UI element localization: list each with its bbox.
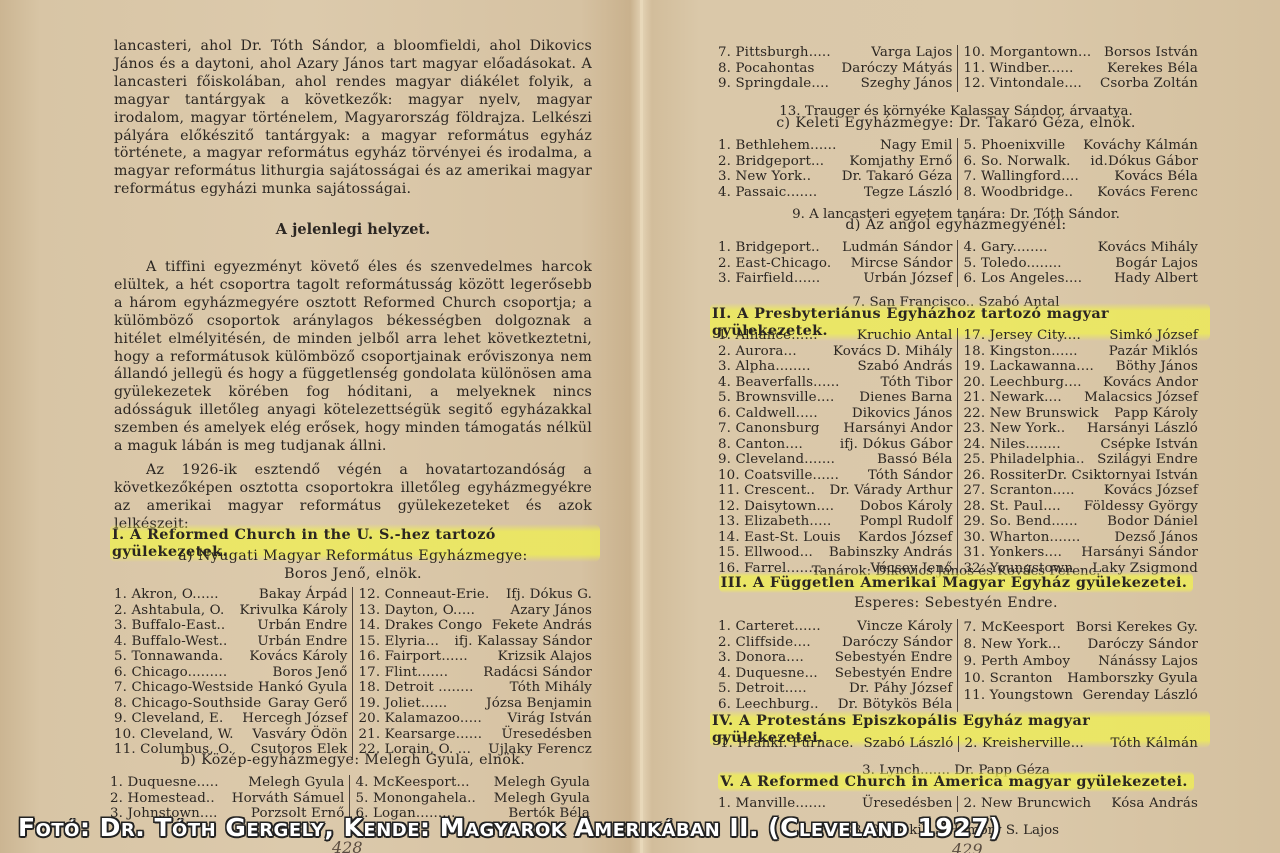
list-column-left: 1. Akron, O......Bakay Árpád2. Ashtabula…: [114, 587, 353, 758]
list-item: 21. Kearsarge......Üresedésben: [359, 727, 593, 743]
section-title: A Reformed Church in America magyar gyül…: [740, 773, 1188, 790]
congregation-list-c: 1. Bethlehem......Nagy Emil2. Bridgeport…: [718, 138, 1198, 200]
congregation-place: 8. Canton....: [718, 437, 803, 453]
list-item: 2. Homestead..Horváth Sámuel: [110, 791, 345, 807]
list-column-right: 12. Conneaut-Erie.Ifj. Dókus G.13. Dayto…: [353, 587, 593, 758]
list-item: 4. Duquesne...Sebestyén Endre: [718, 666, 953, 682]
congregation-place: 18. Detroit ........: [359, 680, 474, 696]
photo-credit-caption: Fotó: Dr. Tóth Gergely, Kende: Magyarok …: [18, 813, 1268, 842]
pastor-name: Malacsics József: [1084, 390, 1198, 406]
pastor-name: Nagy Emil: [880, 138, 952, 154]
list-item: 10. Cleveland, W.Vasváry Ödön: [114, 727, 348, 743]
pastor-name: Daróczy Mátyás: [841, 61, 952, 77]
congregation-place: 24. Niles........: [964, 437, 1061, 453]
list-item: 23. New York..Harsányi László: [964, 421, 1199, 437]
congregation-place: 5. Toledo........: [964, 256, 1062, 272]
pastor-name: Földessy György: [1084, 499, 1198, 515]
congregation-place: 22. New Brunswick: [964, 406, 1099, 422]
book-gutter: [640, 0, 643, 853]
list-item: 19. Joliet......Józsa Benjamin: [359, 696, 593, 712]
list-item: 1. Manville.......Üresedésben: [718, 796, 953, 812]
pastor-name: Melegh Gyula: [248, 775, 344, 791]
list-item: 10. Morgantown...Borsos István: [964, 45, 1199, 61]
pastor-name: Urbán Endre: [257, 634, 347, 650]
list-item: 17. Flint.......Radácsi Sándor: [359, 665, 593, 681]
pastor-name: Sebestyén Endre: [835, 650, 953, 666]
pastor-name: Csorba Zoltán: [1100, 76, 1198, 92]
congregation-place: 1. Bethlehem......: [718, 138, 837, 154]
list-item: 1. Akron, O......Bakay Árpád: [114, 587, 348, 603]
congregation-place: 14. East-St. Louis: [718, 530, 841, 546]
list-item: 17. Jersey City....Simkó József: [964, 328, 1199, 344]
pastor-name: ifj. Dókus Gábor: [840, 437, 953, 453]
list-item: 2. Ashtabula, O.Krivulka Károly: [114, 603, 348, 619]
pastor-name: Melegh Gyula: [494, 775, 590, 791]
pastor-name: Kovács Mihály: [1098, 240, 1198, 256]
list-column-left: 7. Pittsburgh.....Varga Lajos8. Pocahont…: [718, 45, 958, 92]
congregation-list-a: 1. Akron, O......Bakay Árpád2. Ashtabula…: [114, 587, 592, 758]
list-item: 6. So. Norwalk.id.Dókus Gábor: [964, 154, 1199, 170]
list-column-left: 1. Carteret......Vincze Károly2. Cliffsi…: [718, 619, 958, 712]
congregation-place: 8. New York...: [964, 636, 1062, 653]
congregation-place: 28. St. Paul....: [964, 499, 1061, 515]
pastor-name: Vasváry Ödön: [252, 727, 347, 743]
congregation-place: 3. New York..: [718, 169, 811, 185]
congregation-place: 23. New York..: [964, 421, 1066, 437]
congregation-place: 7. McKeesport: [964, 619, 1065, 636]
congregation-list-III: 1. Carteret......Vincze Károly2. Cliffsi…: [718, 619, 1198, 712]
congregation-place: 18. Kingston......: [964, 344, 1078, 360]
congregation-place: 2. Aurora...: [718, 344, 797, 360]
congregation-place: 13. Elizabeth.....: [718, 514, 831, 530]
list-item: 15. Elyria...ifj. Kalassay Sándor: [359, 634, 593, 650]
congregation-place: 1. Alliance......: [718, 328, 818, 344]
list-item: 28. St. Paul....Földessy György: [964, 499, 1199, 515]
pastor-name: Kováchy Kálmán: [1083, 138, 1198, 154]
list-column-left: 1. Manville.......Üresedésben: [718, 796, 958, 812]
congregation-place: 1. Duquesne.....: [110, 775, 219, 791]
congregation-place: 10. Cleveland, W.: [114, 727, 234, 743]
list-item: 20. Leechburg....Kovács Andor: [964, 375, 1199, 391]
list-item: 1. Bridgeport..Ludmán Sándor: [718, 240, 953, 256]
congregation-place: 8. Pocahontas: [718, 61, 815, 77]
pastor-name: Bakay Árpád: [259, 587, 348, 603]
list-item: 9. Springdale....Szeghy János: [718, 76, 953, 92]
list-item: 13. Dayton, O.....Azary János: [359, 603, 593, 619]
pastor-name: Kerekes Béla: [1107, 61, 1198, 77]
congregation-place: 4. McKeesport...: [356, 775, 470, 791]
pastor-name: Csépke István: [1100, 437, 1198, 453]
list-column-left: 1. Bridgeport..Ludmán Sándor2. East-Chic…: [718, 240, 958, 287]
list-item: 8. New York...Daróczy Sándor: [964, 636, 1199, 653]
list-item: 2. Kreisherville...Tóth Kálmán: [965, 736, 1199, 752]
congregation-place: 9. Springdale....: [718, 76, 829, 92]
list-item: 11. Crescent..Dr. Várady Arthur: [718, 483, 953, 499]
congregation-place: 9. Cleveland.......: [718, 452, 835, 468]
congregation-place: 6. Caldwell.....: [718, 406, 818, 422]
pastor-name: Tóth Tibor: [881, 375, 953, 391]
congregation-place: 31. Yonkers....: [964, 545, 1063, 561]
pastor-name: ifj. Kalassay Sándor: [454, 634, 592, 650]
pastor-name: Tóth Mihály: [510, 680, 592, 696]
congregation-list-b-cont: 7. Pittsburgh.....Varga Lajos8. Pocahont…: [718, 45, 1198, 92]
congregation-place: 6. Los Angeles....: [964, 271, 1083, 287]
list-item: 2. New BruncwichKósa András: [964, 796, 1199, 812]
pastor-name: Ludmán Sándor: [842, 240, 952, 256]
list-item: 18. Kingston......Pazár Miklós: [964, 344, 1199, 360]
paragraph-situation: A tiffini egyezményt követő éles és szen…: [114, 259, 592, 456]
list-item: 20. Kalamazoo.....Virág István: [359, 711, 593, 727]
list-item: 9. Cleveland, E.Hercegh József: [114, 711, 348, 727]
list-item: 12. Vintondale....Csorba Zoltán: [964, 76, 1199, 92]
section-III-heading: III. A Független Amerikai Magyar Egyház …: [712, 572, 1200, 593]
congregation-place: 19. Lackawanna....: [964, 359, 1094, 375]
congregation-place: 13. Dayton, O.....: [359, 603, 476, 619]
pastor-name: Hady Albert: [1114, 271, 1198, 287]
pastor-name: Pompl Rudolf: [860, 514, 953, 530]
intro-paragraph: lancasteri, ahol Dr. Tóth Sándor, a bloo…: [114, 38, 592, 199]
pastor-name: Melegh Gyula: [494, 791, 590, 807]
pastor-name: Dienes Barna: [859, 390, 952, 406]
pastor-name: Kardos József: [858, 530, 952, 546]
pastor-name: Vincze Károly: [857, 619, 952, 635]
list-item: 5. Detroit.....Dr. Páhy József: [718, 681, 953, 697]
list-item: 8. Chicago-SouthsideGaray Gerő: [114, 696, 348, 712]
list-item: 2. East-Chicago.Mircse Sándor: [718, 256, 953, 272]
list-item: 22. New BrunswickPapp Károly: [964, 406, 1199, 422]
list-item: 7. Chicago-WestsideHankó Gyula: [114, 680, 348, 696]
pastor-name: Babinszky András: [829, 545, 953, 561]
pastor-name: Bassó Béla: [877, 452, 952, 468]
congregation-place: 14. Drakes Congo: [359, 618, 483, 634]
pastor-name: Sebestyén Endre: [835, 666, 953, 682]
congregation-place: 2. Bridgeport...: [718, 154, 824, 170]
congregation-place: 2. Homestead..: [110, 791, 215, 807]
congregation-place: 5. Brownsville....: [718, 390, 834, 406]
list-item: 18. Detroit ........Tóth Mihály: [359, 680, 593, 696]
pastor-name: Krivulka Károly: [239, 603, 347, 619]
pastor-name: Üresedésben: [501, 727, 592, 743]
pastor-name: Daróczy Sándor: [1088, 636, 1198, 653]
congregation-place: 5. Detroit.....: [718, 681, 807, 697]
list-item: 7. CanonsburgHarsányi Andor: [718, 421, 953, 437]
list-item: 11. YoungstownGerenday László: [964, 687, 1199, 704]
section-numeral: V.: [720, 773, 734, 790]
list-item: 7. Pittsburgh.....Varga Lajos: [718, 45, 953, 61]
section-numeral: III.: [721, 574, 748, 591]
congregation-place: 7. Pittsburgh.....: [718, 45, 831, 61]
congregation-place: 12. Vintondale....: [964, 76, 1082, 92]
congregation-place: 1. Akron, O......: [114, 587, 219, 603]
list-item: 6. Chicago.........Boros Jenő: [114, 665, 348, 681]
congregation-place: 4. Passaic.......: [718, 185, 817, 201]
pastor-name: Kovács Károly: [249, 649, 347, 665]
pastor-name: Kovács József: [1104, 483, 1198, 499]
list-item: 11. Windber......Kerekes Béla: [964, 61, 1199, 77]
list-item: 7. Wallingford....Kovács Béla: [964, 169, 1199, 185]
section-numeral: IV.: [712, 712, 734, 729]
pastor-name: Dr. Csiktornyai István: [1047, 468, 1198, 484]
paragraph-1926: Az 1926-ik esztendő végén a hovatartozan…: [114, 462, 592, 534]
district-d-title: d) Az angol egyházmegyénél:: [712, 217, 1200, 233]
congregation-place: 12. Daisytown....: [718, 499, 834, 515]
congregation-place: 6. Chicago.........: [114, 665, 227, 681]
list-column-right: 17. Jersey City....Simkó József18. Kings…: [958, 328, 1199, 576]
list-item: 1. Frankl. Furnace.Szabó László: [720, 736, 954, 752]
list-item: 2. Bridgeport...Komjathy Ernő: [718, 154, 953, 170]
pastor-name: Dr. Takaró Géza: [842, 169, 953, 185]
congregation-place: 15. Ellwood...: [718, 545, 813, 561]
list-item: 4. Passaic.......Tegze László: [718, 185, 953, 201]
pastor-name: Tóth Sándor: [868, 468, 953, 484]
congregation-place: 1. Carteret......: [718, 619, 821, 635]
list-column-right: 10. Morgantown...Borsos István11. Windbe…: [958, 45, 1199, 92]
list-item: 8. PocahontasDaróczy Mátyás: [718, 61, 953, 77]
pastor-name: Dikovics János: [852, 406, 953, 422]
section-numeral: I.: [112, 526, 125, 543]
list-column-right: 2. New BruncwichKósa András: [958, 796, 1199, 812]
list-item: 3. Fairfield......Urbán József: [718, 271, 953, 287]
congregation-place: 9. Cleveland, E.: [114, 711, 223, 727]
congregation-list-d: 1. Bridgeport..Ludmán Sándor2. East-Chic…: [718, 240, 1198, 287]
congregation-place: 10. Scranton: [964, 670, 1053, 687]
list-item: 3. Buffalo-East..Urbán Endre: [114, 618, 348, 634]
pastor-name: Horváth Sámuel: [232, 791, 345, 807]
list-item: 8. Woodbridge..Kovács Ferenc: [964, 185, 1199, 201]
congregation-place: 16. Fairport......: [359, 649, 468, 665]
list-item: 15. Ellwood...Babinszky András: [718, 545, 953, 561]
list-column-right: 5. PhoenixvilleKováchy Kálmán6. So. Norw…: [958, 138, 1199, 200]
pastor-name: Tegze László: [864, 185, 953, 201]
pastor-name: Hamborszky Gyula: [1067, 670, 1198, 687]
congregation-place: 27. Scranton.....: [964, 483, 1075, 499]
congregation-place: 4. Beaverfalls......: [718, 375, 840, 391]
pastor-name: Papp Károly: [1114, 406, 1198, 422]
congregation-place: 10. Coatsville......: [718, 468, 839, 484]
pastor-name: Gerenday László: [1083, 687, 1198, 704]
list-item: 24. Niles........Csépke István: [964, 437, 1199, 453]
pastor-name: Szilágyi Endre: [1097, 452, 1198, 468]
list-item: 19. Lackawanna....Böthy János: [964, 359, 1199, 375]
congregation-place: 11. Windber......: [964, 61, 1074, 77]
congregation-place: 21. Kearsarge......: [359, 727, 483, 743]
list-item: 5. Toledo........Bogár Lajos: [964, 256, 1199, 272]
district-a-title: a) Nyugati Magyar Református Egyházmegye…: [114, 548, 592, 564]
pastor-name: Komjathy Ernő: [849, 154, 952, 170]
list-column-left: 1. Frankl. Furnace.Szabó László: [720, 736, 959, 752]
pastor-name: Dr. Várady Arthur: [829, 483, 952, 499]
district-a-president: Boros Jenő, elnök.: [114, 566, 592, 582]
pastor-name: Krizsik Alajos: [498, 649, 592, 665]
congregation-place: 2. Ashtabula, O.: [114, 603, 224, 619]
pastor-name: Borsi Kerekes Gy.: [1076, 619, 1198, 636]
list-column-right: 2. Kreisherville...Tóth Kálmán: [959, 736, 1199, 752]
congregation-place: 7. Canonsburg: [718, 421, 820, 437]
pastor-name: Harsányi László: [1087, 421, 1198, 437]
pastor-name: Szabó László: [863, 736, 953, 752]
congregation-place: 30. Wharton.......: [964, 530, 1081, 546]
pastor-name: Bogár Lajos: [1115, 256, 1198, 272]
list-item: 5. Tonnawanda.Kovács Károly: [114, 649, 348, 665]
highlighted-heading: III. A Független Amerikai Magyar Egyház …: [719, 572, 1194, 593]
pastor-name: Kovács Ferenc: [1097, 185, 1198, 201]
list-column-left: 1. Alliance......Kruchio Antal2. Aurora.…: [718, 328, 958, 576]
congregation-place: 5. Monongahela..: [356, 791, 476, 807]
congregation-place: 2. New Bruncwich: [964, 796, 1092, 812]
congregation-place: 2. East-Chicago.: [718, 256, 831, 272]
congregation-place: 3. Alpha........: [718, 359, 811, 375]
congregation-place: 11. Youngstown: [964, 687, 1074, 704]
list-item: 4. McKeesport...Melegh Gyula: [356, 775, 591, 791]
list-item: 8. Canton....ifj. Dókus Gábor: [718, 437, 953, 453]
pastor-name: Szabó András: [857, 359, 952, 375]
pastor-name: Hercegh József: [242, 711, 347, 727]
pastor-name: Józsa Benjamin: [486, 696, 592, 712]
congregation-place: 1. Manville.......: [718, 796, 826, 812]
list-item: 1. Duquesne.....Melegh Gyula: [110, 775, 345, 791]
pastor-name: Nánássy Lajos: [1098, 653, 1198, 670]
pastor-name: Kovács D. Mihály: [833, 344, 953, 360]
congregation-place: 2. Kreisherville...: [965, 736, 1084, 752]
pastor-name: Urbán József: [863, 271, 952, 287]
list-item: 4. Gary........Kovács Mihály: [964, 240, 1199, 256]
section-heading: A jelenlegi helyzet.: [114, 221, 592, 238]
congregation-list-IV: 1. Frankl. Furnace.Szabó László 2. Kreis…: [720, 736, 1198, 752]
list-item: 1. Carteret......Vincze Károly: [718, 619, 953, 635]
list-item: 25. Philadelphia..Szilágyi Endre: [964, 452, 1199, 468]
section-III-subtitle: Esperes: Sebestyén Endre.: [712, 595, 1200, 611]
congregation-place: 1. Frankl. Furnace.: [720, 736, 854, 752]
pastor-name: Borsos István: [1104, 45, 1198, 61]
list-item: 26. RossiterDr. Csiktornyai István: [964, 468, 1199, 484]
pastor-name: Böthy János: [1116, 359, 1198, 375]
list-item: 5. Monongahela..Melegh Gyula: [356, 791, 591, 807]
list-item: 9. Perth AmboyNánássy Lajos: [964, 653, 1199, 670]
congregation-place: 10. Morgantown...: [964, 45, 1092, 61]
pastor-name: Kruchio Antal: [857, 328, 953, 344]
pastor-name: Mircse Sándor: [851, 256, 953, 272]
list-item: 12. Conneaut-Erie.Ifj. Dókus G.: [359, 587, 593, 603]
pastor-name: Dezső János: [1115, 530, 1198, 546]
pastor-name: Harsányi Sándor: [1081, 545, 1198, 561]
list-item: 3. New York..Dr. Takaró Géza: [718, 169, 953, 185]
pastor-name: Pazár Miklós: [1109, 344, 1198, 360]
congregation-place: 7. Wallingford....: [964, 169, 1079, 185]
congregation-place: 4. Buffalo-West..: [114, 634, 227, 650]
congregation-place: 25. Philadelphia..: [964, 452, 1085, 468]
pastor-name: Dr. Páhy József: [849, 681, 953, 697]
pastor-name: Bodor Dániel: [1107, 514, 1198, 530]
district-c-title: c) Keleti Egyházmegye: Dr. Takaró Géza, …: [712, 115, 1200, 131]
congregation-place: 26. Rossiter: [964, 468, 1047, 484]
congregation-place: 8. Chicago-Southside: [114, 696, 261, 712]
list-item: 6. Los Angeles....Hady Albert: [964, 271, 1199, 287]
list-item: 16. Fairport......Krizsik Alajos: [359, 649, 593, 665]
list-item: 12. Daisytown....Dobos Károly: [718, 499, 953, 515]
list-item: 6. Caldwell.....Dikovics János: [718, 406, 953, 422]
congregation-place: 2. Cliffside....: [718, 635, 811, 651]
pastor-name: Tóth Kálmán: [1111, 736, 1198, 752]
list-item: 4. Buffalo-West..Urbán Endre: [114, 634, 348, 650]
pastor-name: Kósa András: [1111, 796, 1198, 812]
list-item: 9. Cleveland.......Bassó Béla: [718, 452, 953, 468]
pastor-name: Radácsi Sándor: [483, 665, 592, 681]
congregation-list-II: 1. Alliance......Kruchio Antal2. Aurora.…: [718, 328, 1198, 576]
list-item: 29. So. Bend......Bodor Dániel: [964, 514, 1199, 530]
list-item: 1. Alliance......Kruchio Antal: [718, 328, 953, 344]
congregation-place: 15. Elyria...: [359, 634, 440, 650]
congregation-place: 8. Woodbridge..: [964, 185, 1074, 201]
congregation-place: 21. Newark....: [964, 390, 1062, 406]
congregation-place: 17. Jersey City....: [964, 328, 1081, 344]
list-item: 31. Yonkers....Harsányi Sándor: [964, 545, 1199, 561]
pastor-name: Üresedésben: [862, 796, 953, 812]
list-item: 5. Brownsville....Dienes Barna: [718, 390, 953, 406]
list-item: 2. Aurora...Kovács D. Mihály: [718, 344, 953, 360]
district-b-title: b) Közép-egyházmegye: Melegh Gyula, elnö…: [114, 752, 592, 768]
pastor-name: Boros Jenő: [273, 665, 348, 681]
congregation-place: 4. Gary........: [964, 240, 1048, 256]
list-item: 2. Cliffside....Daróczy Sándor: [718, 635, 953, 651]
section-numeral: II.: [712, 305, 732, 322]
list-item: 3. Alpha........Szabó András: [718, 359, 953, 375]
list-item: 27. Scranton.....Kovács József: [964, 483, 1199, 499]
congregation-place: 5. Phoenixville: [964, 138, 1066, 154]
pastor-name: Urbán Endre: [257, 618, 347, 634]
congregation-place: 9. Perth Amboy: [964, 653, 1071, 670]
list-item: 10. Coatsville......Tóth Sándor: [718, 468, 953, 484]
pastor-name: Virág István: [508, 711, 592, 727]
section-title: A Független Amerikai Magyar Egyház gyüle…: [753, 574, 1187, 591]
pastor-name: id.Dókus Gábor: [1090, 154, 1198, 170]
congregation-place: 3. Fairfield......: [718, 271, 820, 287]
list-item: 10. ScrantonHamborszky Gyula: [964, 670, 1199, 687]
list-item: 14. East-St. LouisKardos József: [718, 530, 953, 546]
list-item: 30. Wharton.......Dezső János: [964, 530, 1199, 546]
pastor-name: Azary János: [511, 603, 593, 619]
pastor-name: Daróczy Sándor: [842, 635, 952, 651]
list-item: 4. Beaverfalls......Tóth Tibor: [718, 375, 953, 391]
list-column-right: 4. Gary........Kovács Mihály5. Toledo...…: [958, 240, 1199, 287]
section-V-heading: V. A Reformed Church in America magyar g…: [712, 771, 1200, 792]
congregation-place: 20. Leechburg....: [964, 375, 1082, 391]
congregation-place: 3. Buffalo-East..: [114, 618, 225, 634]
list-item: 21. Newark....Malacsics József: [964, 390, 1199, 406]
pastor-name: Varga Lajos: [871, 45, 952, 61]
congregation-place: 4. Duquesne...: [718, 666, 818, 682]
congregation-place: 5. Tonnawanda.: [114, 649, 223, 665]
congregation-place: 12. Conneaut-Erie.: [359, 587, 490, 603]
list-item: 7. McKeesportBorsi Kerekes Gy.: [964, 619, 1199, 636]
list-column-left: 1. Bethlehem......Nagy Emil2. Bridgeport…: [718, 138, 958, 200]
pastor-name: Fekete András: [492, 618, 592, 634]
pastor-name: Dobos Károly: [860, 499, 953, 515]
list-item: 13. Elizabeth.....Pompl Rudolf: [718, 514, 953, 530]
list-column-right: 7. McKeesportBorsi Kerekes Gy.8. New Yor…: [958, 619, 1199, 712]
pastor-name: Garay Gerő: [268, 696, 347, 712]
congregation-place: 20. Kalamazoo.....: [359, 711, 482, 727]
pastor-name: Szeghy János: [861, 76, 953, 92]
list-item: 1. Bethlehem......Nagy Emil: [718, 138, 953, 154]
pastor-name: Harsányi Andor: [843, 421, 952, 437]
pastor-name: Kovács Béla: [1114, 169, 1198, 185]
highlighted-heading: V. A Reformed Church in America magyar g…: [718, 771, 1194, 792]
congregation-place: 19. Joliet......: [359, 696, 448, 712]
congregation-place: 6. So. Norwalk.: [964, 154, 1071, 170]
list-item: 3. Donora....Sebestyén Endre: [718, 650, 953, 666]
congregation-place: 3. Donora....: [718, 650, 804, 666]
congregation-place: 7. Chicago-Westside: [114, 680, 253, 696]
